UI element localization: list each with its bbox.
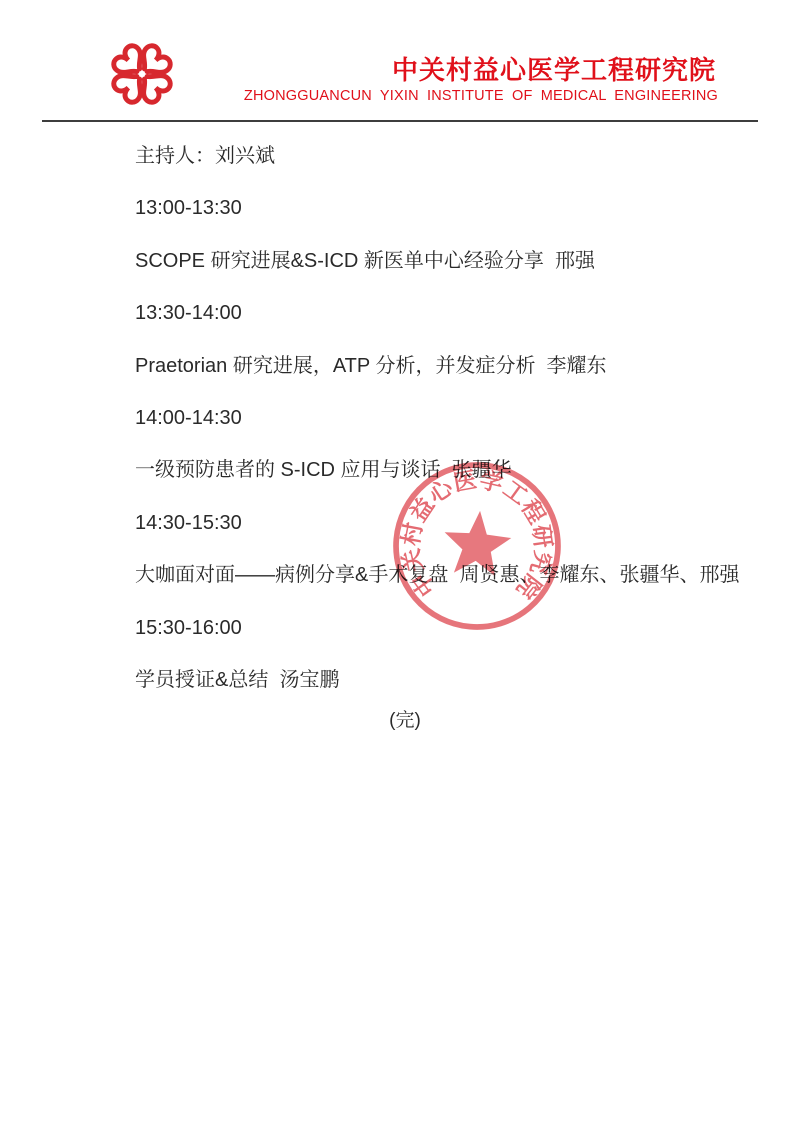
schedule: 主持人：刘兴斌 13:00-13:30 SCOPE 研究进展&S-ICD 新医单… [0,144,800,720]
org-title: 中关村益心医学工程研究院 [392,50,716,87]
time-slot: 15:30-16:00 [0,616,800,668]
session-title: 大咖面对面——病例分享&手术复盘 周贤惠、李耀东、张疆华、邢强 [0,563,800,615]
session-title: 一级预防患者的 S-ICD 应用与谈话 张疆华 [0,458,800,510]
document-page: 中关村益心医学工程研究院 ZHONGGUANCUN YIXIN INSTITUT… [0,0,800,1131]
host-line: 主持人：刘兴斌 [0,144,800,196]
end-mark: (完) [0,705,800,732]
time-slot: 13:30-14:00 [0,301,800,353]
header-divider [42,120,758,122]
session-title: Praetorian 研究进展，ATP 分析，并发症分析 李耀东 [0,354,800,406]
time-slot: 14:30-15:30 [0,511,800,563]
time-slot: 13:00-13:30 [0,196,800,248]
time-slot: 14:00-14:30 [0,406,800,458]
session-title: SCOPE 研究进展&S-ICD 新医单中心经验分享 邢强 [0,249,800,301]
letterhead: 中关村益心医学工程研究院 ZHONGGUANCUN YIXIN INSTITUT… [0,0,800,130]
clover-hearts-logo [104,34,180,114]
org-subtitle-en: ZHONGGUANCUN YIXIN INSTITUTE OF MEDICAL … [244,88,718,104]
